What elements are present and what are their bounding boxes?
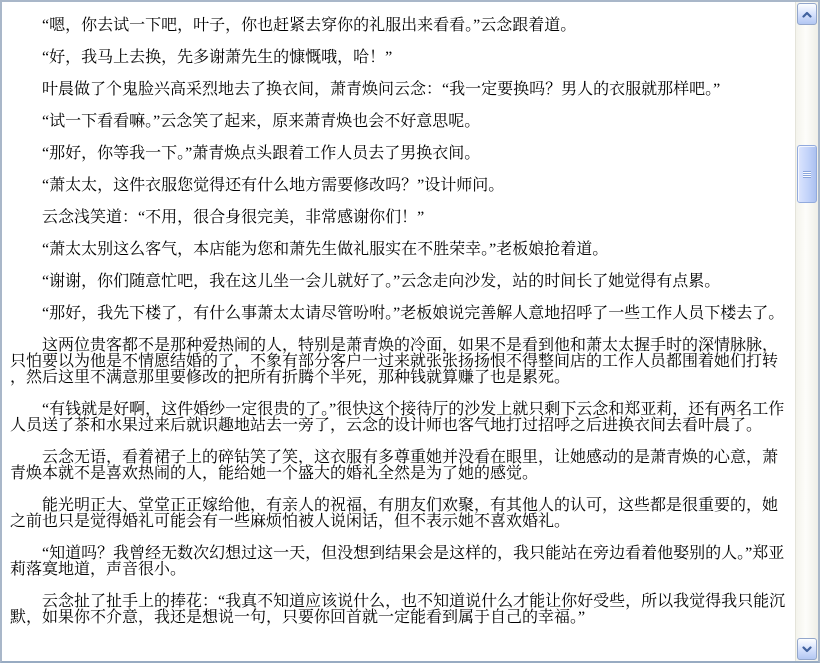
paragraph: “知道吗？我曾经无数次幻想过这一天，但没想到结果会是这样的，我只能站在旁边看着他… <box>10 546 793 578</box>
novel-reader-page: “嗯，你去试一下吧，叶子，你也赶紧去穿你的礼服出来看看。”云念跟着道。 “好，我… <box>0 0 820 663</box>
paragraph: “那好，我先下楼了，有什么事萧太太请尽管吩咐。”老板娘说完善解人意地招呼了一些工… <box>10 306 793 322</box>
paragraph: “萧太太别这么客气，本店能为您和萧先生做礼服实在不胜荣幸。”老板娘抢着道。 <box>10 242 793 258</box>
paragraph: 云念浅笑道：“不用，很合身很完美，非常感谢你们！” <box>10 210 793 226</box>
chevron-down-icon <box>802 646 812 653</box>
scrollbar-thumb[interactable] <box>797 145 817 203</box>
paragraph: 能光明正大、堂堂正正嫁给他，有亲人的祝福，有朋友们欢聚，有其他人的认可，这些都是… <box>10 498 793 530</box>
scrollbar-track[interactable] <box>796 26 818 637</box>
paragraph: “有钱就是好啊，这件婚纱一定很贵的了。”很快这个接待厅的沙发上就只剩下云念和郑亚… <box>10 402 793 434</box>
paragraph: 叶晨做了个鬼脸兴高采烈地去了换衣间，萧青焕问云念：“我一定要换吗？男人的衣服就那… <box>10 82 793 98</box>
paragraph: “嗯，你去试一下吧，叶子，你也赶紧去穿你的礼服出来看看。”云念跟着道。 <box>10 18 793 34</box>
grip-lines-icon <box>803 171 811 178</box>
scroll-up-button[interactable] <box>797 3 817 25</box>
paragraph: “谢谢，你们随意忙吧，我在这儿坐一会儿就好了。”云念走向沙发，站的时间长了她觉得… <box>10 274 793 290</box>
paragraph: “试一下看看嘛。”云念笑了起来，原来萧青焕也会不好意思呢。 <box>10 114 793 130</box>
scroll-down-button[interactable] <box>797 638 817 660</box>
paragraph: 这两位贵客都不是那种爱热闹的人，特别是萧青焕的冷面，如果不是看到他和萧太太握手时… <box>10 338 793 386</box>
paragraph: 云念扯了扯手上的捧花：“我真不知道应该说什么，也不知道说什么才能让你好受些，所以… <box>10 594 793 626</box>
novel-text-content: “嗯，你去试一下吧，叶子，你也赶紧去穿你的礼服出来看看。”云念跟着道。 “好，我… <box>2 2 795 661</box>
paragraph: 云念无语，看着裙子上的碎钻笑了笑，这衣服有多尊重她并没看在眼里，让她感动的是萧青… <box>10 450 793 482</box>
vertical-scrollbar[interactable] <box>795 2 818 661</box>
chevron-up-icon <box>802 11 812 18</box>
paragraph: “萧太太，这件衣服您觉得还有什么地方需要修改吗？”设计师问。 <box>10 178 793 194</box>
paragraph: “好，我马上去换，先多谢萧先生的慷慨哦，哈！” <box>10 50 793 66</box>
paragraph: “那好，你等我一下。”萧青焕点头跟着工作人员去了男换衣间。 <box>10 146 793 162</box>
